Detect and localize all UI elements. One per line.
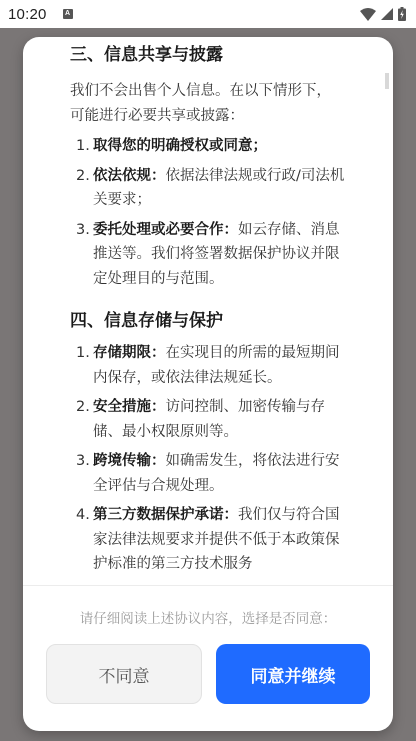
list-number: 2. bbox=[76, 395, 90, 420]
agreement-scroll-content[interactable]: 三、信息共享与披露 我们不会出售个人信息。在以下情形下，可能进行必要共享或披露：… bbox=[23, 37, 393, 585]
status-time: 10:20 bbox=[8, 6, 47, 23]
list-number: 2. bbox=[76, 164, 90, 189]
list-item-bold: 依法依规： bbox=[93, 168, 166, 184]
list-item-bold: 跨境传输： bbox=[93, 453, 166, 469]
list-item: 1.取得您的明确授权或同意； bbox=[70, 134, 345, 159]
cellular-signal-icon bbox=[381, 8, 393, 20]
disagree-button[interactable]: 不同意 bbox=[46, 644, 202, 704]
agree-continue-button[interactable]: 同意并继续 bbox=[216, 644, 370, 704]
section-list: 1.存储期限：在实现目的所需的最短期间内保存，或依法律法规延长。 2.安全措施：… bbox=[70, 341, 345, 577]
wifi-icon bbox=[360, 8, 376, 21]
status-bar: 10:20 A bbox=[0, 0, 416, 28]
list-item: 3.跨境传输：如确需发生，将依法进行安全评估与合规处理。 bbox=[70, 449, 345, 498]
list-number: 1. bbox=[76, 341, 90, 366]
list-number: 3. bbox=[76, 449, 90, 474]
list-item-bold: 第三方数据保护承诺： bbox=[93, 507, 238, 523]
list-number: 4. bbox=[76, 503, 90, 528]
battery-charging-icon bbox=[398, 7, 406, 21]
list-item-bold: 存储期限： bbox=[93, 345, 166, 361]
list-item: 1.存储期限：在实现目的所需的最短期间内保存，或依法律法规延长。 bbox=[70, 341, 345, 390]
list-number: 3. bbox=[76, 218, 90, 243]
list-number: 1. bbox=[76, 134, 90, 159]
notification-a-icon: A bbox=[63, 9, 73, 19]
section-title: 四、信息存储与保护 bbox=[70, 309, 345, 333]
list-item: 4.第三方数据保护承诺：我们仅与符合国家法律法规要求并提供不低于本政策保护标准的… bbox=[70, 503, 345, 577]
section-title: 三、信息共享与披露 bbox=[70, 43, 345, 67]
footer-hint: 请仔细阅读上述协议内容，选择是否同意： bbox=[23, 607, 393, 627]
list-item-bold: 取得您的明确授权或同意； bbox=[93, 138, 267, 154]
list-item-bold: 安全措施： bbox=[93, 399, 166, 415]
list-item: 2.依法依规：依据法律法规或行政/司法机关要求； bbox=[70, 164, 345, 213]
footer-divider bbox=[23, 585, 393, 586]
list-item: 2.安全措施：访问控制、加密传输与存储、最小权限原则等。 bbox=[70, 395, 345, 444]
list-item-bold: 委托处理或必要合作： bbox=[93, 222, 238, 238]
screen: 10:20 A 三、信息共享与披露 我们不会出售个人信息。在以下情形下，可能进行… bbox=[0, 0, 416, 741]
section-list: 1.取得您的明确授权或同意； 2.依法依规：依据法律法规或行政/司法机关要求； … bbox=[70, 134, 345, 291]
status-icons bbox=[360, 7, 406, 21]
scrollbar-thumb[interactable] bbox=[385, 73, 389, 89]
privacy-agreement-dialog: 三、信息共享与披露 我们不会出售个人信息。在以下情形下，可能进行必要共享或披露：… bbox=[23, 37, 393, 731]
list-item: 3.委托处理或必要合作：如云存储、消息推送等。我们将签署数据保护协议并限定处理目… bbox=[70, 218, 345, 292]
section-intro: 我们不会出售个人信息。在以下情形下，可能进行必要共享或披露： bbox=[70, 79, 345, 128]
